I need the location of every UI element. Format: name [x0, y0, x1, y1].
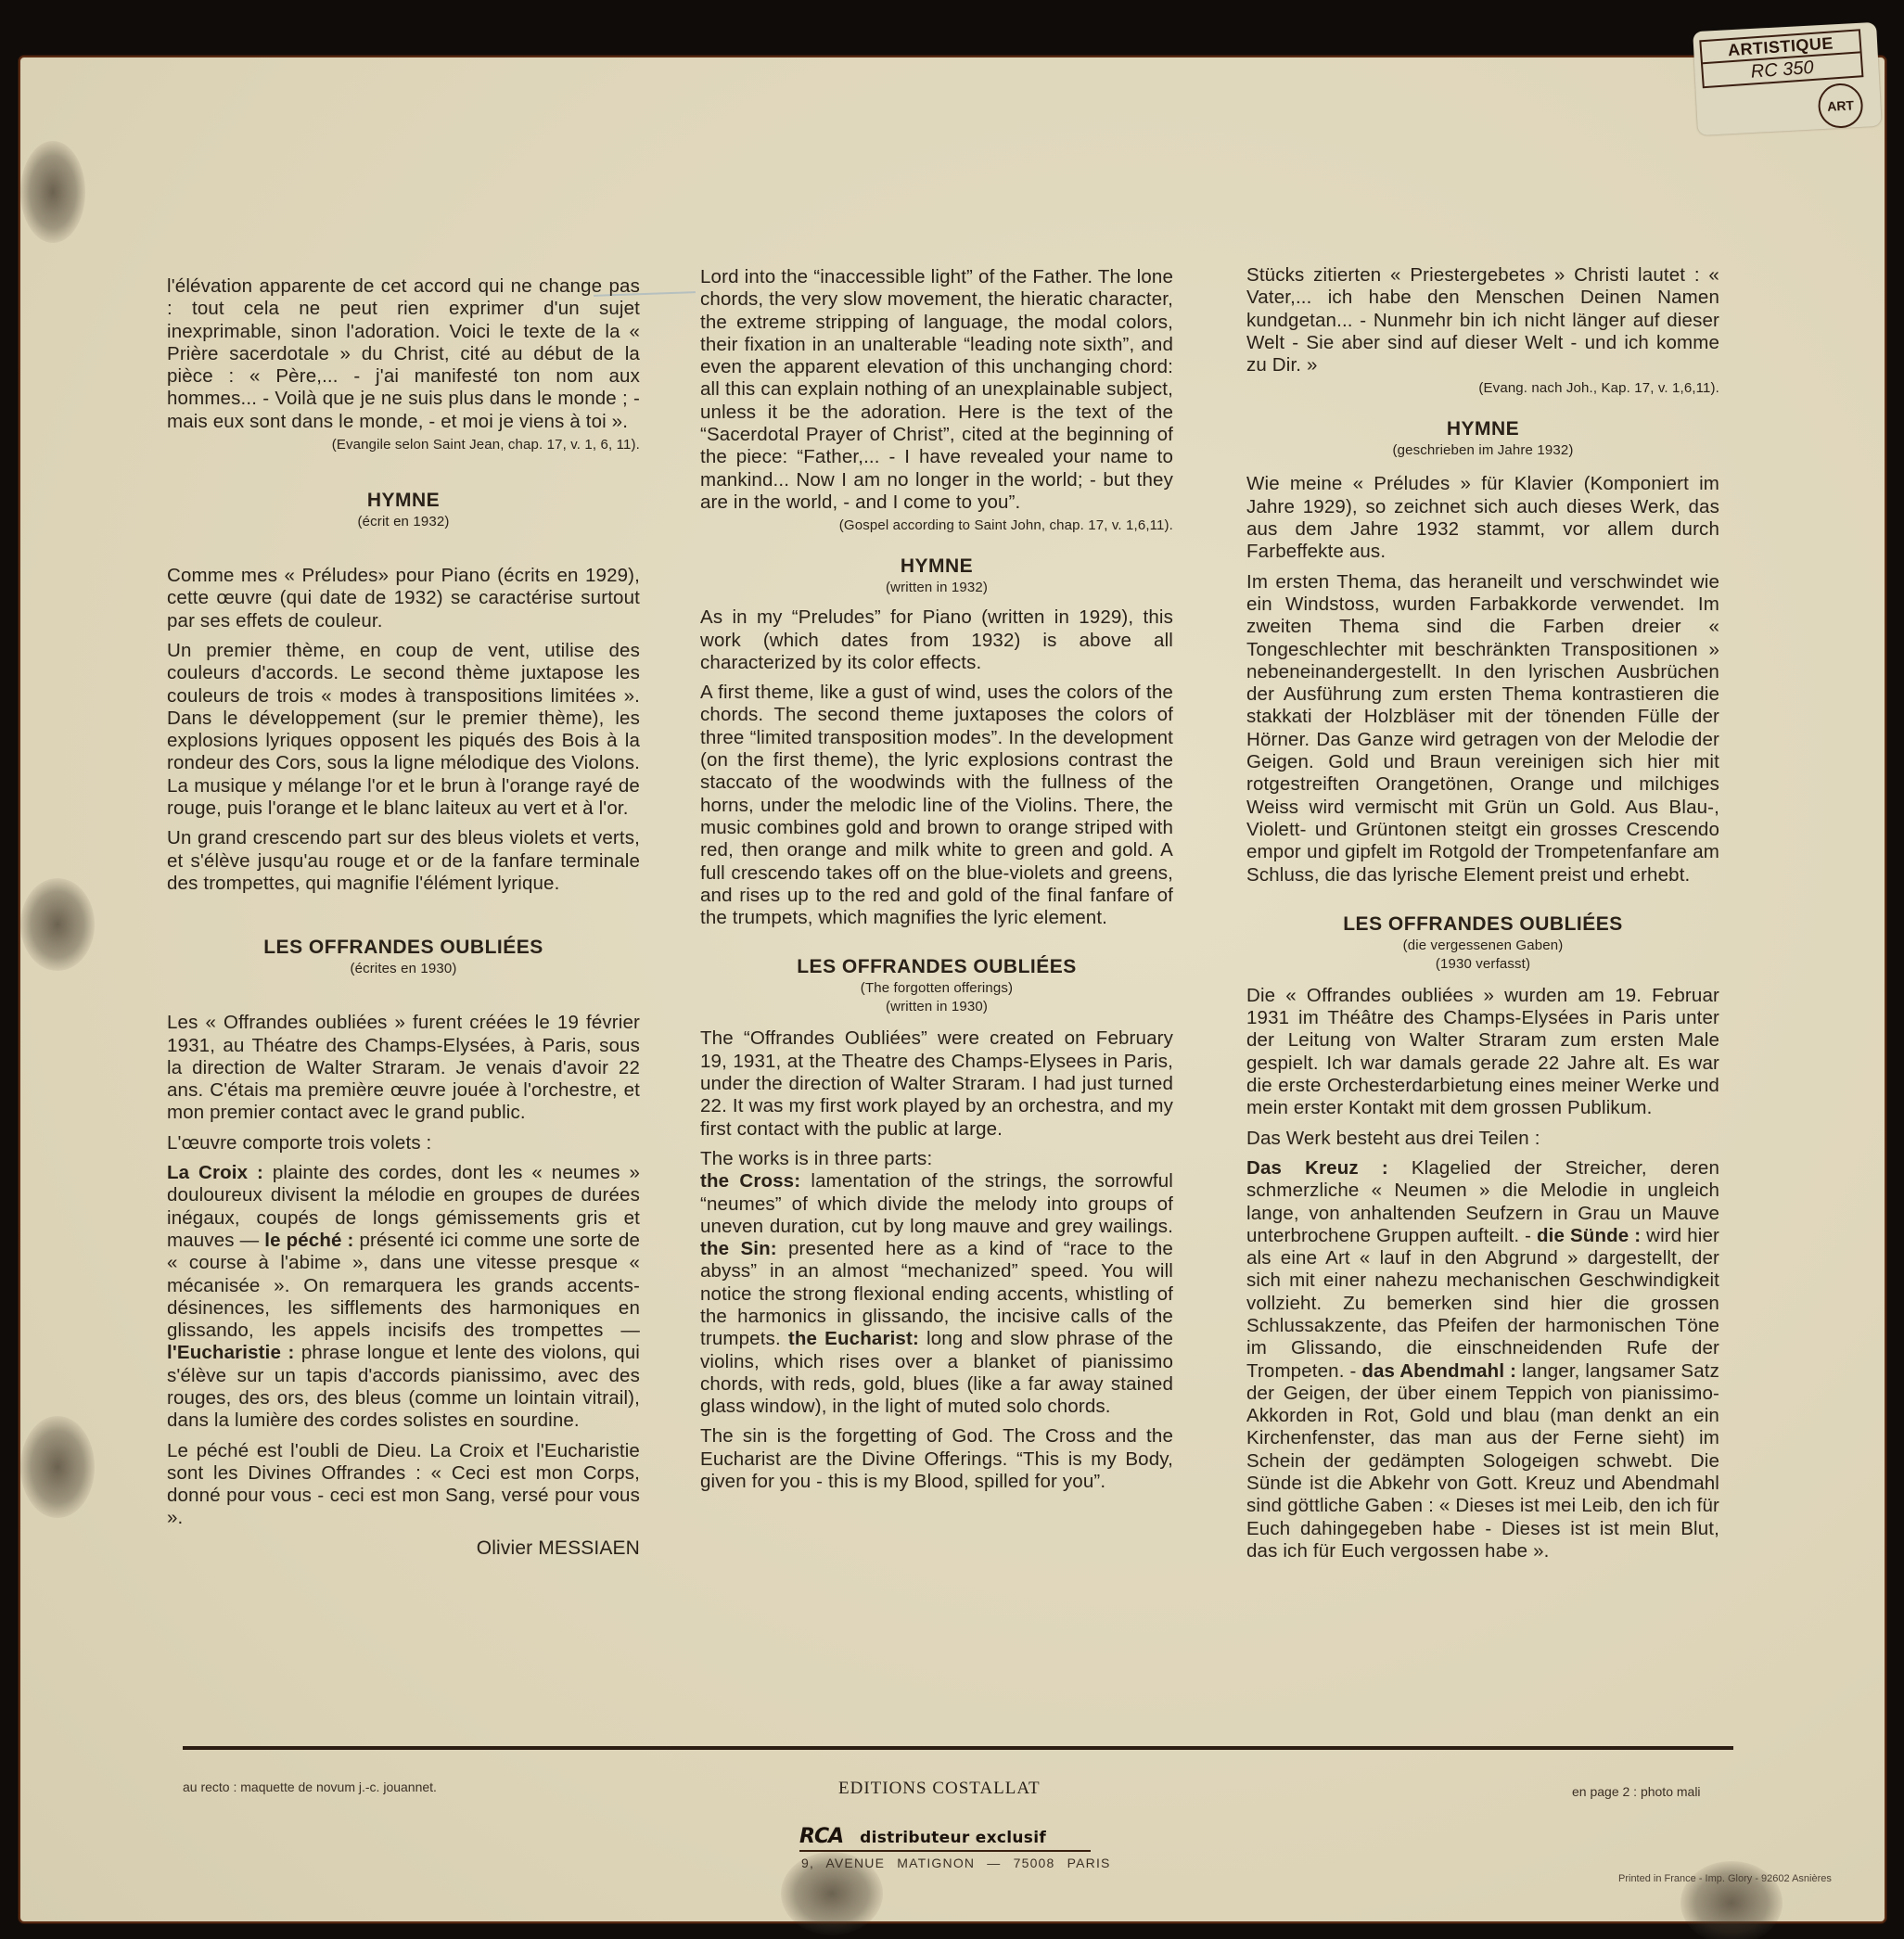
part-label: das Abendmahl :	[1361, 1360, 1516, 1382]
part-label: le péché :	[264, 1230, 353, 1251]
credit-cover-design: au recto : maquette de novum j.-c. jouan…	[183, 1780, 437, 1794]
french-hymne-title: HYMNE	[167, 489, 640, 513]
german-hymne-title: HYMNE	[1246, 417, 1719, 441]
german-offrandes-subtitle: (die vergessenen Gaben)	[1246, 937, 1719, 955]
german-intro: Stücks zitierten « Priestergebetes » Chr…	[1246, 264, 1719, 376]
column-french: l'élévation apparente de cet accord qui …	[167, 275, 640, 1567]
french-hymne-paragraph: Un premier thème, en coup de vent, utili…	[167, 640, 640, 820]
part-label: the Sin:	[700, 1238, 777, 1259]
art-badge: ART	[1817, 83, 1863, 129]
english-intro: Lord into the “inaccessible light” of th…	[700, 266, 1173, 514]
english-hymne-subtitle: (written in 1932)	[700, 579, 1173, 597]
part-label: La Croix :	[167, 1162, 263, 1183]
german-offrandes-parts: Das Kreuz : Klagelied der Streicher, der…	[1246, 1157, 1719, 1563]
french-hymne-subtitle: (écrit en 1932)	[167, 513, 640, 531]
french-intro: l'élévation apparente de cet accord qui …	[167, 275, 640, 433]
french-offrandes-paragraph: Le péché est l'oubli de Dieu. La Croix e…	[167, 1440, 640, 1530]
english-intro-citation: (Gospel according to Saint John, chap. 1…	[700, 516, 1173, 536]
part-label: l'Eucharistie :	[167, 1342, 294, 1363]
english-offrandes-title: LES OFFRANDES OUBLIÉES	[700, 955, 1173, 979]
distributor-line: RCA distributeur exclusif	[799, 1825, 1091, 1852]
french-offrandes-parts: La Croix : plainte des cordes, dont les …	[167, 1162, 640, 1433]
english-hymne-paragraph: As in my “Preludes” for Piano (written i…	[700, 606, 1173, 674]
french-hymne-paragraph: Comme mes « Préludes» pour Piano (écrits…	[167, 565, 640, 632]
french-offrandes-paragraph: L'œuvre comporte trois volets :	[167, 1132, 640, 1154]
french-intro-citation: (Evangile selon Saint Jean, chap. 17, v.…	[167, 435, 640, 455]
part-label: Das Kreuz :	[1246, 1157, 1388, 1179]
part-label: the Cross:	[700, 1170, 800, 1192]
german-hymne-subtitle: (geschrieben im Jahre 1932)	[1246, 441, 1719, 460]
part-label: die Sünde :	[1537, 1225, 1641, 1246]
column-english: Lord into the “inaccessible light” of th…	[700, 266, 1173, 1500]
french-offrandes-title: LES OFFRANDES OUBLIÉES	[167, 936, 640, 960]
german-offrandes-subtitle: (1930 verfasst)	[1246, 955, 1719, 974]
german-hymne-paragraph: Wie meine « Préludes » für Klavier (Komp…	[1246, 473, 1719, 563]
publisher-name: EDITIONS COSTALLAT	[838, 1779, 1041, 1799]
english-offrandes-paragraph: The sin is the forgetting of God. The Cr…	[700, 1425, 1173, 1493]
thumb-shadow	[20, 141, 85, 243]
credit-photo: en page 2 : photo mali	[1572, 1784, 1701, 1799]
rca-logo-icon: RCA	[799, 1825, 843, 1848]
german-offrandes-paragraph: Die « Offrandes oubliées » wurden am 19.…	[1246, 985, 1719, 1120]
price-sticker: ARTISTIQUE RC 350 ART	[1693, 22, 1882, 135]
column-german: Stücks zitierten « Priestergebetes » Chr…	[1246, 264, 1719, 1570]
part-label: the Eucharist:	[788, 1328, 919, 1349]
distributor-label: distributeur exclusif	[860, 1829, 1046, 1847]
english-offrandes-subtitle: (written in 1930)	[700, 998, 1173, 1016]
german-offrandes-title: LES OFFRANDES OUBLIÉES	[1246, 912, 1719, 937]
french-hymne-paragraph: Un grand crescendo part sur des bleus vi…	[167, 827, 640, 895]
english-offrandes-paragraph: The “Offrandes Oubliées” were created on…	[700, 1027, 1173, 1140]
signature: Olivier MESSIAEN	[167, 1537, 640, 1560]
english-offrandes-parts: the Cross: lamentation of the strings, t…	[700, 1170, 1173, 1418]
english-hymne-paragraph: A first theme, like a gust of wind, uses…	[700, 682, 1173, 929]
german-intro-citation: (Evang. nach Joh., Kap. 17, v. 1,6,11).	[1246, 378, 1719, 399]
thumb-shadow	[20, 1416, 95, 1518]
printer-credit: Printed in France - Imp. Glory - 92602 A…	[1618, 1873, 1832, 1884]
english-hymne-title: HYMNE	[700, 555, 1173, 579]
footer-divider	[183, 1746, 1733, 1750]
english-offrandes-paragraph: The works is in three parts:	[700, 1148, 1173, 1170]
french-offrandes-subtitle: (écrites en 1930)	[167, 960, 640, 978]
distributor-address: 9, AVENUE MATIGNON — 75008 PARIS	[801, 1856, 1111, 1870]
french-offrandes-paragraph: Les « Offrandes oubliées » furent créées…	[167, 1012, 640, 1124]
english-offrandes-subtitle: (The forgotten offerings)	[700, 979, 1173, 998]
thumb-shadow	[20, 878, 95, 971]
sticker-label-box: ARTISTIQUE RC 350	[1699, 29, 1863, 88]
german-hymne-paragraph: Im ersten Thema, das heraneilt und versc…	[1246, 571, 1719, 887]
german-offrandes-paragraph: Das Werk besteht aus drei Teilen :	[1246, 1128, 1719, 1150]
